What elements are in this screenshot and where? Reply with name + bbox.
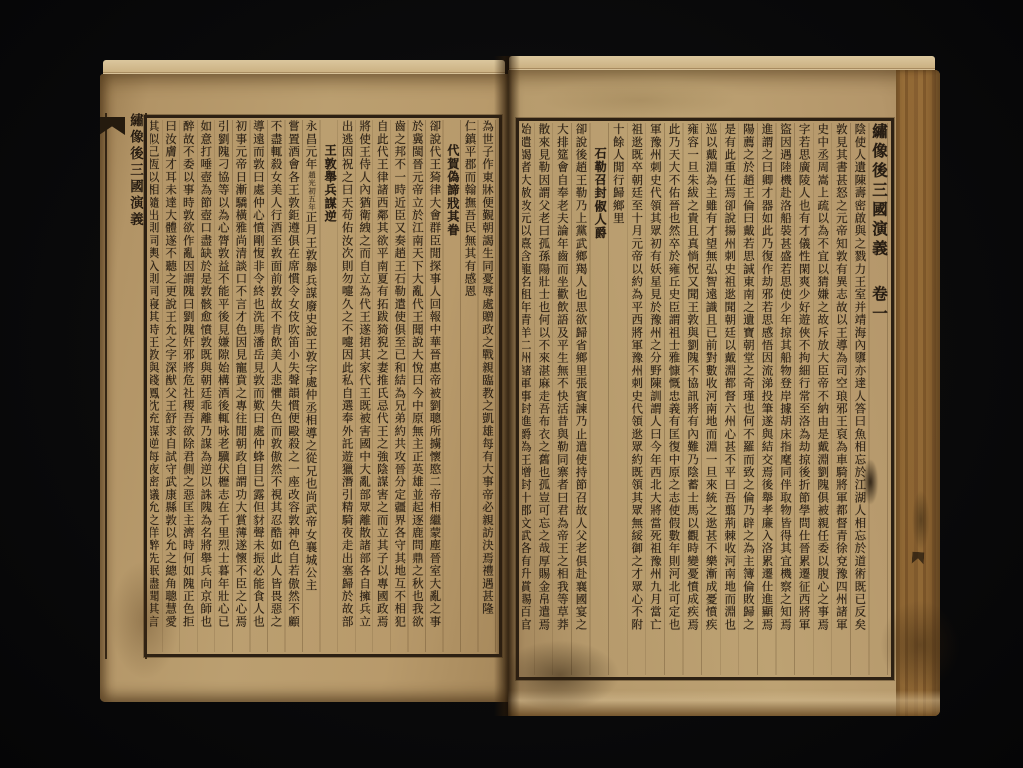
right-text-frame: 繡像後三國演義卷一陰使人遺陳壽密啟與之戮力王室并靖海內隳亦達人答曰魚相忘於江湖人… (516, 118, 894, 680)
text-column: 不盡輒殺女美人行酒至敦面前敦故不肯飲美人悲懼失色而敦傲然不視其忍酷如此人皆畏惡之 (267, 120, 285, 652)
text-column: 自此代王律諸西鄰其欲平南夏有拓跋猗猊之妻推氏忌代王之強陰謀害之而立其子以專國政焉 (373, 120, 391, 652)
text-column: 醉故不委以事時敦欲作亂因謂隗曰劉隗奸邪將危社稷吾欲除君側之惡匡主濟時何如隗正色拒 (179, 120, 197, 652)
text-column: 永昌元年趙光初五年正月王敦舉兵謀廢史說王敦字處仲丞相導之從兄也尚武帝女襄城公主 (302, 120, 321, 652)
title-column: 繡像後三國演義卷一 (869, 123, 888, 675)
left-page: 繡像後三國演義 卷一 一 為世子作東牀便覲朝謁生同憂辱處贈政之戰親臨教之凱雄每有… (100, 74, 508, 702)
text-column: 將使王侍人內猶衛絏之而自立為代王遂捃其家代王既被害國中大亂部眾離散諸部各自擁兵立 (356, 120, 374, 652)
text-column: 此乃天大不佑晉也然卒於雍丘史臣謂祖士雅慷慨忠義有匡復中原之志使假數年則河北可定也 (665, 123, 684, 675)
right-text-columns: 繡像後三國演義卷一陰使人遺陳壽密啟與之戮力王室并靖海內隳亦達人答曰魚相忘於江湖人… (522, 123, 888, 675)
banxin-book-title: 繡像後三國演義 (125, 113, 145, 659)
ink-smudge (863, 460, 878, 504)
interlinear-note: 趙光初五年 (308, 171, 317, 211)
text-column: 軍豫州刺史代領其眾初有妖星見於豫州之分野陳訓謂人曰今年西北大將當死祖豫州九月當亡 (646, 123, 665, 675)
text-column: 祖逖既卒朝廷至十月元帝以約為平西將軍豫州刺史代領逖眾約既領其眾無綏御之才眾心不附 (628, 123, 647, 675)
text-column: 史中丞周嵩上疏以為不宜以猜嫌之故斥放大臣帝不納由是戴淵劉隗俱被親任委以腹心之事焉 (814, 123, 833, 675)
text-column: 進謂之曰卿才器如此乃復作劫邪若思感悟因流涕投筆遂與結交焉後舉孝廉入洛累遷仕進顯焉 (758, 123, 777, 675)
bottom-page-curl (508, 690, 940, 716)
left-text-columns: 為世子作東牀便覲朝謁生同憂辱處贈政之戰親臨教之凱雄每有大事帝必親訪決焉禮遇甚隆仁… (150, 120, 496, 652)
text-column: 於冀閩晉元帝立於江南天下大亂代王聞說大悅曰今中原無主正英雄並起逐鹿問鼎之秋也我欲 (408, 120, 426, 652)
text-column: 陰使人遺陳壽密啟與之戮力王室并靖海內隳亦達人答曰魚相忘於江湖人相忘於道術既已反矣 (851, 123, 870, 675)
chapter-heading-column: 王敦舉兵謀逆 (321, 120, 339, 652)
text-column: 仁鎮平郡而翰撫吾民無其有感恩 (461, 120, 479, 652)
text-column: 嘗置酒會各王敦鉅遵俱在席慣令女伎吹笛小失聲韻慣便毆殺之一座改容敦神色自若傲然不顧 (284, 120, 302, 652)
text-column: 大排筵會自奉老夫論年齒而坐歡飲語及平生無不快活昔與勒同寨者曰君為帝王之相我等草莽 (553, 123, 572, 675)
text-column: 初事元帝日漸驕橫雅尚清談口不言才色因見寵賁之專往閒朝政自謂功大賞薄遂懷不臣之心焉 (232, 120, 250, 652)
text-column: 卻說代王猗律大會群臣閒探事人回報中華晉惠帝被劉聰所擄懷愍二帝相繼蒙塵晉室大亂之事 (426, 120, 444, 652)
text-column: 雍容一旦朱紱之貴且真惝怳又聞王敦與劉隗不協訊將有內難乃陰蓄士馬以觀時變憂憤成疾焉 (683, 123, 702, 675)
left-banxin: 繡像後三國演義 卷一 一 (105, 113, 147, 659)
right-fore-edge (896, 70, 940, 716)
right-page: 繡像後三國演義卷一陰使人遺陳壽密啟與之戮力王室并靖海內隳亦達人答曰魚相忘於江湖人… (508, 70, 940, 716)
fore-edge-fishtail-icon (912, 552, 925, 565)
text-column: 如意打唾壺為節壺口盡缺於是敦骸愈憤敦既與朝廷乖離乃謀為逆以誅隗為名將舉兵向京師也 (197, 120, 215, 652)
text-column: 盜因遇陸機赴洛船裝甚盛若思使少年掠其船物登岸據胡床指麾同伴取物皆得其宜機察之知焉 (776, 123, 795, 675)
text-column: 引劉隗刁協等以為心膂敦益不能平後見嫌隙始構酒後輒咏老驥伏櫪志在千里烈士暮年壯心已 (214, 120, 232, 652)
center-gutter-shadow (494, 56, 520, 716)
text-column: 陽薦之於趙王倫曰戴若思誠東南之遺寶朝堂之奇瑾也何不羅而致之倫乃辟之為主簿倫敗歸之 (739, 123, 758, 675)
fishtail-icon (100, 117, 125, 135)
text-column: 巡以戴淵為主雖有才望無弘智遠識且已前對數收河南地而淵一旦來統之逖甚不樂漸成憂憤疾 (702, 123, 721, 675)
text-column: 是有此重任焉卻說揚州刺史祖逖聞朝廷以戴淵都督六州心甚不平曰吾翦荊棘收河南地而淵也 (721, 123, 740, 675)
fore-edge-smudge (912, 490, 930, 550)
photo-background: 繡像後三國演義 卷一 一 為世子作東牀便覲朝謁生同憂辱處贈政之戰親臨教之凱雄每有… (0, 0, 1023, 768)
chapter-heading-column: 石勒召封俶人爵 (591, 123, 610, 675)
text-column: 始遣謁者大赦改元以熹含龍名租年青羊二州諸軍事封進爵為王增封十郡文武各有升賞賜百官 (522, 123, 535, 675)
text-column: 齒之邦不一時近臣又奏趙王石勒遣使俱至已和結為兄弟約共攻晉分定疆界各守其地互不相犯 (391, 120, 409, 652)
banxin-content: 繡像後三國演義 卷一 一 (107, 113, 145, 659)
text-column: 卻說後趙王勒乃上黨武鄉羯人也思欲歸省鄉里張賓諫乃止遣使持節召故人父老俱赴襄國宴之 (572, 123, 591, 675)
text-column: 出逃因祝之曰天苟佑汝次則勿嚏久之不嚏因此私自選奉外託遊獵潛引精騎夜走出塞歸於故部 (338, 120, 356, 652)
chapter-heading-column: 代賀偽諦戕其眷 (443, 120, 461, 652)
text-column: 十餘人閒行歸鄉里 (609, 123, 628, 675)
text-column: 導遠而敦曰處仲心憤剛愎非令終也洗馬潘岳見敦而歎曰處仲蜂目已露但豺聲未振必能食人也 (249, 120, 267, 652)
text-column: 敦見其書甚怒之元帝知敦有異志故以王導為司空琅邪王裒為車騎將軍都督青徐兗豫四州諸軍 (832, 123, 851, 675)
text-column: 其似己恆以相隨出則同輿入則同寢其時王敦與錢鳳沈充謀逆每夜密議允之佯醉先眠盡聞其言 (150, 120, 162, 652)
text-column: 散來見勒因謂父老曰孤孫陽壯士也何以不來湛麻走吾布衣之舊也孤豈可忘之哉厚賜金帛遣焉 (535, 123, 554, 675)
text-column: 曰汝膚才耳未達大體遂不聽之更說王允之字深猷父王舒求自試守武康縣敦以允之總角聰慧愛 (162, 120, 180, 652)
left-text-frame: 為世子作東牀便覲朝謁生同憂辱處贈政之戰親臨教之凱雄每有大事帝必親訪決焉禮遇甚隆仁… (144, 115, 502, 657)
text-column: 字若思廣陵人也有才儀性閑爽少好遊俠不拘細行常至洛為劫掠後折節學問仕晉累遷征西將軍 (795, 123, 814, 675)
